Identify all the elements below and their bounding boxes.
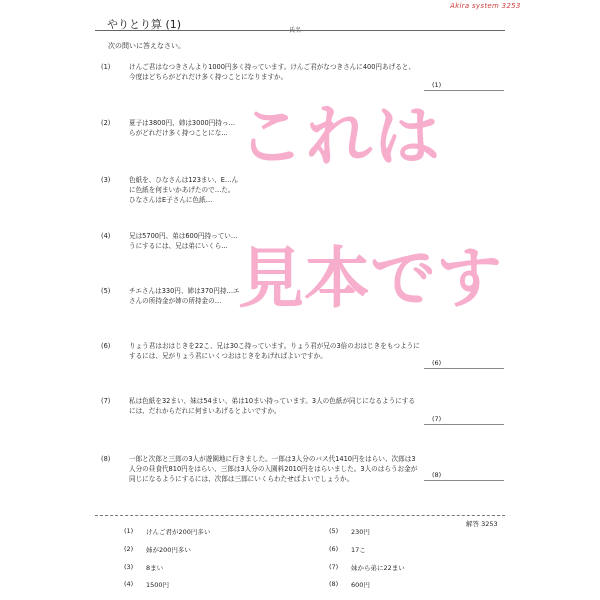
sample-watermark-line1: これは: [238, 104, 442, 170]
question-number: (2): [101, 118, 129, 138]
answer-item-6: (6) 17こ: [329, 545, 366, 554]
question-number: (6): [101, 341, 129, 361]
answer-item-2: (2) 姉が200円多い: [124, 545, 191, 554]
answer-item-4: (4) 1500円: [124, 580, 169, 589]
question-3: (3) 色紙を、ひなさんは123まい、E…んに色紙を何まいかあげたので…た。ひな…: [101, 175, 241, 205]
question-1: (1) けんご君はなつきさんより1000円多く持っています。けんご君がなつきさん…: [101, 62, 421, 82]
question-number: (3): [101, 175, 129, 205]
question-2: (2) 夏子は3800円、姉は3000円持っ…らがどれだけ多く持つことにな…: [101, 118, 241, 138]
answer-value: 姉が200円多い: [146, 545, 191, 554]
answer-number: (7): [329, 563, 351, 572]
answer-key-header: 解答 3253: [466, 519, 498, 528]
question-text: 一郎と次郎と三郎の3人が遊園地に行きました。一郎は3人分のバス代1410円をはら…: [129, 454, 421, 484]
answer-number: (2): [124, 545, 146, 554]
answer-value: 17こ: [351, 545, 366, 554]
question-text: 夏子は3800円、姉は3000円持っ…らがどれだけ多く持つことにな…: [129, 118, 241, 138]
question-number: (5): [101, 286, 129, 306]
question-number: (4): [101, 231, 129, 251]
question-text: チエさんは330円、姉は370円持…エさんの所持金が姉の所持金の…: [129, 286, 241, 306]
answer-value: 8まい: [146, 563, 163, 572]
question-6: (6) りょう君はおはじきを22こ、兄は30こ持っています。りょう君が兄の3倍の…: [101, 341, 421, 361]
question-5: (5) チエさんは330円、姉は370円持…エさんの所持金が姉の所持金の…: [101, 286, 241, 306]
answer-value: けんご君が200円多い: [146, 527, 210, 536]
question-7: (7) 私は色紙を32まい、妹は54まい、弟は10まい持っています。3人の色紙が…: [101, 396, 421, 416]
answer-number: (5): [329, 527, 351, 536]
question-text: 兄は5700円、弟は600円持ってい…うにするには、兄は弟にいくら…: [129, 231, 241, 251]
answer-number: (8): [329, 580, 351, 589]
question-number: (1): [101, 62, 129, 82]
answer-slot-1[interactable]: (1): [424, 81, 504, 91]
answer-number: (4): [124, 580, 146, 589]
question-number: (8): [101, 454, 129, 484]
question-8: (8) 一郎と次郎と三郎の3人が遊園地に行きました。一郎は3人分のバス代1410…: [101, 454, 421, 484]
question-4: (4) 兄は5700円、弟は600円持ってい…うにするには、兄は弟にいくら…: [101, 231, 241, 251]
brand-label: Akira system 3253: [450, 2, 521, 10]
question-number: (7): [101, 396, 129, 416]
answer-number: (3): [124, 563, 146, 572]
answer-value: 1500円: [146, 580, 169, 589]
answer-value: 600円: [351, 580, 370, 589]
answer-slot-8[interactable]: (8): [424, 471, 504, 481]
answer-item-1: (1) けんご君が200円多い: [124, 527, 210, 536]
sample-watermark-line2: 見本です: [238, 246, 502, 312]
answer-number: (1): [124, 527, 146, 536]
answer-slot-6[interactable]: (6): [424, 359, 504, 369]
answer-item-7: (7) 妹から弟に22まい: [329, 563, 405, 572]
answer-slot-7[interactable]: (7): [424, 415, 504, 425]
question-text: 色紙を、ひなさんは123まい、E…んに色紙を何まいかあげたので…た。ひなさんはE…: [129, 175, 241, 205]
answer-value: 妹から弟に22まい: [351, 563, 405, 572]
answer-value: 230円: [351, 527, 370, 536]
answer-number: (6): [329, 545, 351, 554]
question-text: 私は色紙を32まい、妹は54まい、弟は10まい持っています。3人の色紙が同じにな…: [129, 396, 421, 416]
answer-item-3: (3) 8まい: [124, 563, 163, 572]
question-text: りょう君はおはじきを22こ、兄は30こ持っています。りょう君が兄の3倍のおはじき…: [129, 341, 421, 361]
instruction: 次の問いに答えなさい。: [108, 41, 185, 51]
answer-item-8: (8) 600円: [329, 580, 370, 589]
question-text: けんご君はなつきさんより1000円多く持っています。けんご君がなつきさんに400…: [129, 62, 421, 82]
header-rule: [95, 30, 505, 31]
cut-line: [95, 515, 505, 516]
answer-item-5: (5) 230円: [329, 527, 370, 536]
